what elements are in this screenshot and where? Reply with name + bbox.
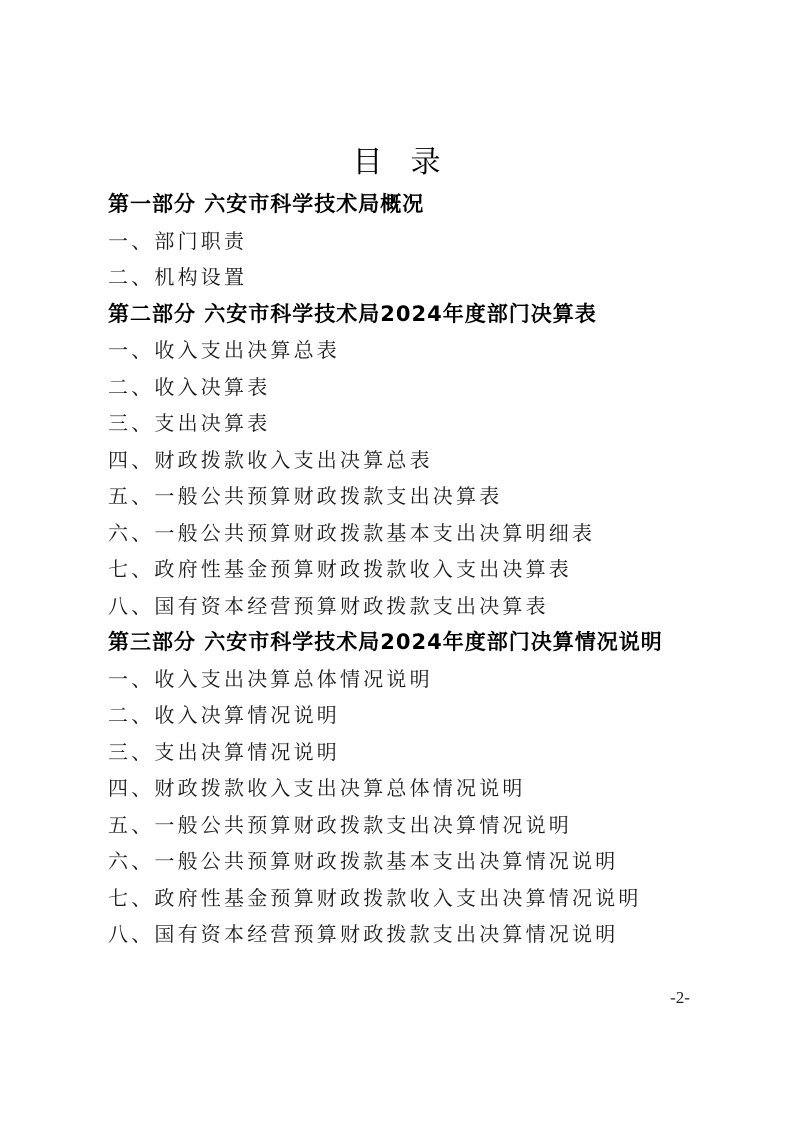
table-of-contents: 第一部分 六安市科学技术局概况 一、部门职责 二、机构设置 第二部分 六安市科学… [108, 186, 698, 953]
document-page: 目录 第一部分 六安市科学技术局概况 一、部门职责 二、机构设置 第二部分 六安… [0, 0, 793, 1122]
toc-entry[interactable]: 三、支出决算情况说明 [108, 734, 698, 771]
toc-entry[interactable]: 二、收入决算情况说明 [108, 697, 698, 734]
page-title: 目录 [0, 143, 793, 183]
page-number: -2- [650, 988, 710, 1008]
toc-entry[interactable]: 五、一般公共预算财政拨款支出决算表 [108, 478, 698, 515]
toc-section-heading[interactable]: 第三部分 六安市科学技术局2024年度部门决算情况说明 [108, 624, 698, 661]
toc-entry[interactable]: 六、一般公共预算财政拨款基本支出决算明细表 [108, 515, 698, 552]
toc-entry[interactable]: 一、部门职责 [108, 223, 698, 260]
toc-section-heading[interactable]: 第一部分 六安市科学技术局概况 [108, 186, 698, 223]
toc-entry[interactable]: 六、一般公共预算财政拨款基本支出决算情况说明 [108, 843, 698, 880]
toc-entry[interactable]: 八、国有资本经营预算财政拨款支出决算情况说明 [108, 916, 698, 953]
toc-entry[interactable]: 八、国有资本经营预算财政拨款支出决算表 [108, 588, 698, 625]
toc-entry[interactable]: 七、政府性基金预算财政拨款收入支出决算表 [108, 551, 698, 588]
toc-entry[interactable]: 七、政府性基金预算财政拨款收入支出决算情况说明 [108, 880, 698, 917]
toc-entry[interactable]: 三、支出决算表 [108, 405, 698, 442]
toc-section-heading[interactable]: 第二部分 六安市科学技术局2024年度部门决算表 [108, 296, 698, 333]
toc-entry[interactable]: 四、财政拨款收入支出决算总表 [108, 442, 698, 479]
toc-entry[interactable]: 二、收入决算表 [108, 369, 698, 406]
toc-entry[interactable]: 一、收入支出决算总体情况说明 [108, 661, 698, 698]
toc-entry[interactable]: 一、收入支出决算总表 [108, 332, 698, 369]
toc-entry[interactable]: 五、一般公共预算财政拨款支出决算情况说明 [108, 807, 698, 844]
toc-entry[interactable]: 四、财政拨款收入支出决算总体情况说明 [108, 770, 698, 807]
toc-entry[interactable]: 二、机构设置 [108, 259, 698, 296]
